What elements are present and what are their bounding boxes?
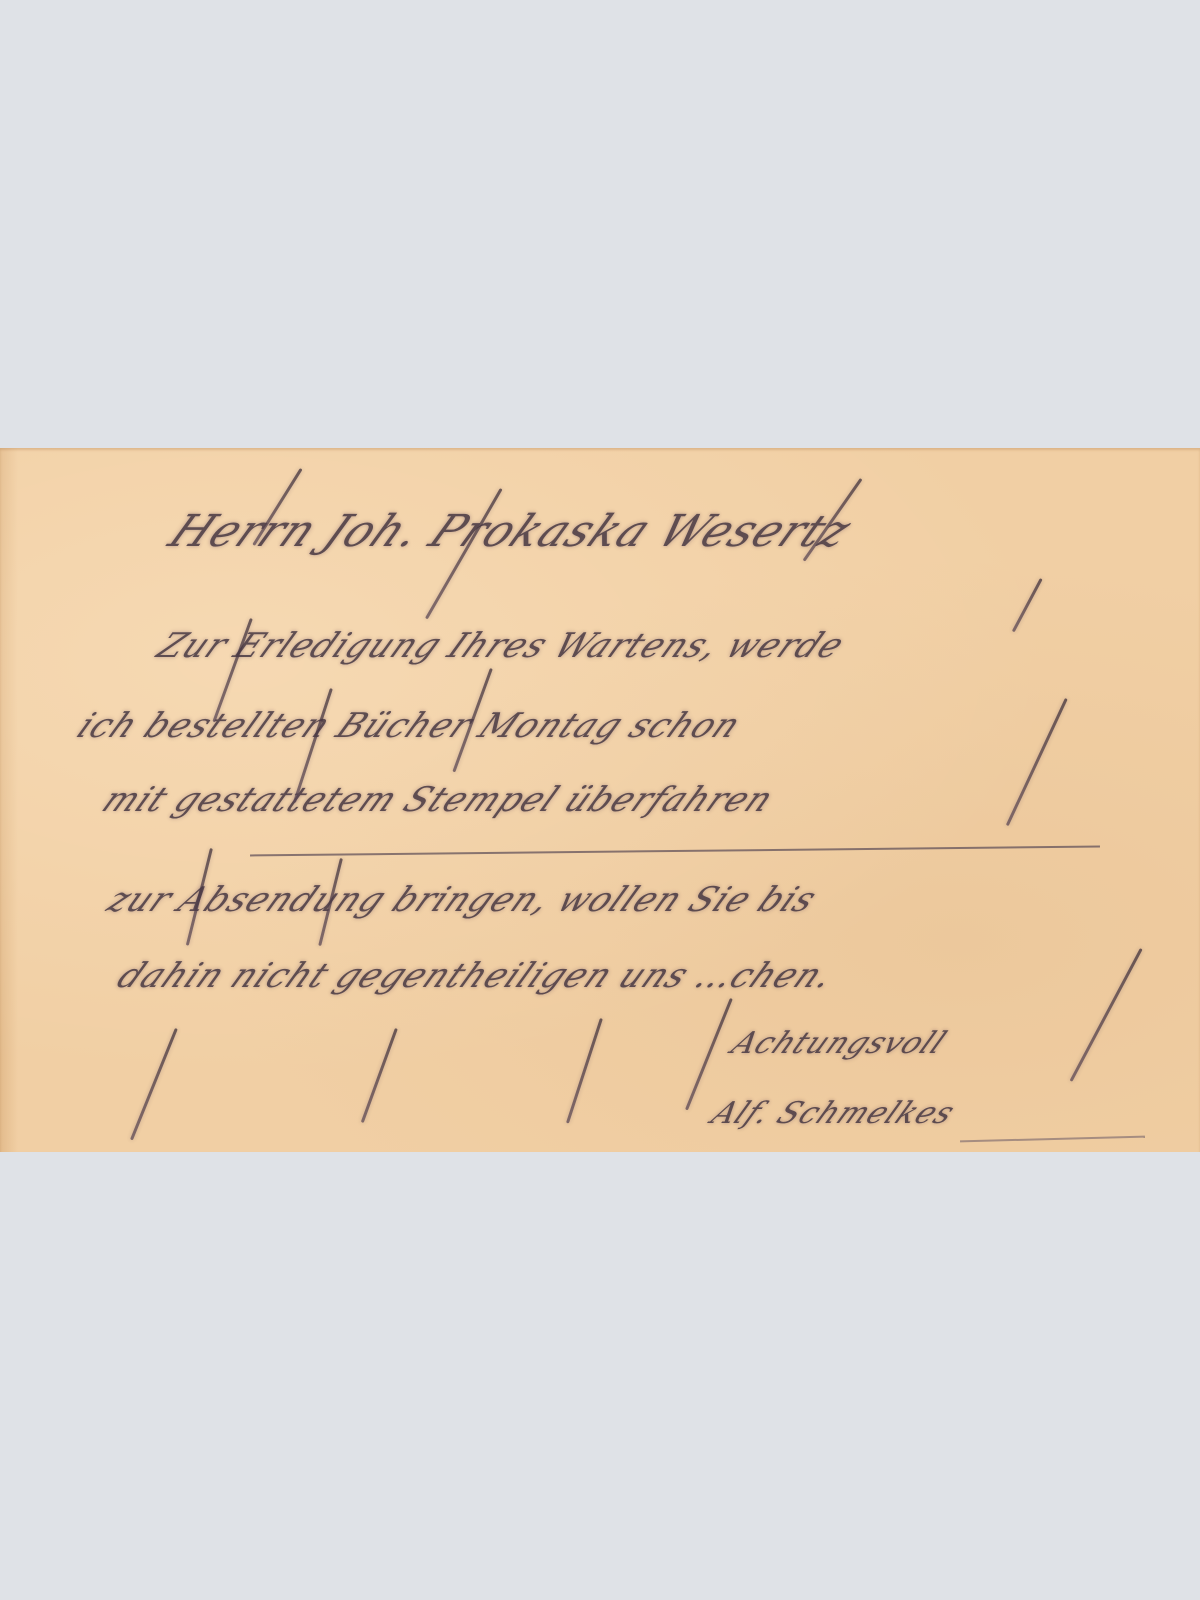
letter-line-4: zur Absendung bringen, wollen Sie bis xyxy=(100,880,825,920)
letter-line-1: Zur Erledigung Ihres Wartens, werde xyxy=(150,626,852,666)
signature-flourish xyxy=(960,1136,1145,1143)
closing-line: Achtungsvoll xyxy=(725,1026,953,1061)
pen-stroke xyxy=(130,1028,178,1140)
postcard: Herrn Joh. Prokaska Wesertz Zur Erledigu… xyxy=(0,448,1200,1152)
underline-stroke xyxy=(250,846,1100,857)
pen-stroke xyxy=(361,1028,398,1123)
letter-line-5: dahin nicht gegentheiligen uns …chen. xyxy=(110,956,842,996)
pen-stroke xyxy=(1006,698,1068,826)
letter-line-3: mit gestattetem Stempel überfahren xyxy=(95,780,781,820)
pen-stroke xyxy=(1070,948,1143,1082)
pen-stroke xyxy=(685,998,733,1110)
pen-stroke xyxy=(1012,578,1043,632)
address-line: Herrn Joh. Prokaska Wesertz xyxy=(160,506,861,557)
letter-line-2: ich bestellten Bücher Montag schon xyxy=(70,706,749,746)
pen-stroke xyxy=(566,1018,603,1124)
signature: Alf. Schmelkes xyxy=(705,1096,962,1131)
